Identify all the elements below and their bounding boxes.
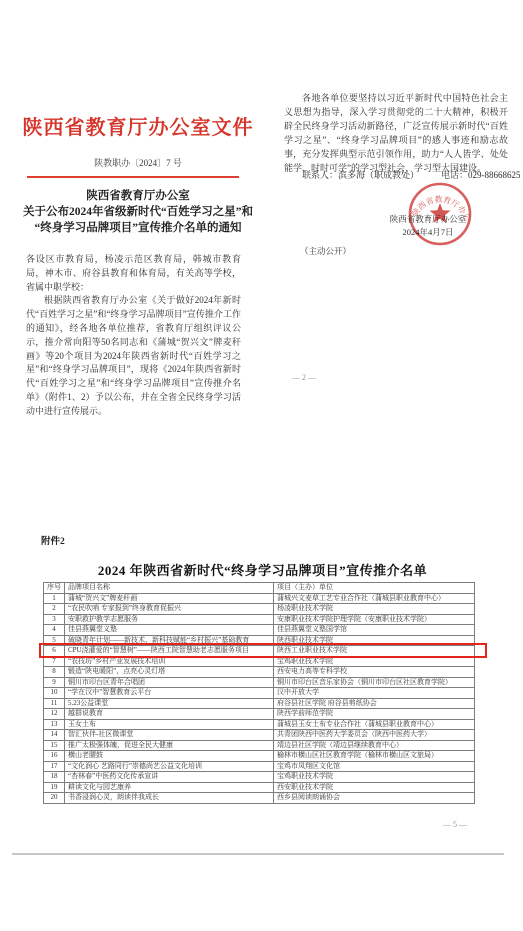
table-row: 115.23公益课堂府谷县社区学院 府谷县剪纸协会 bbox=[44, 698, 475, 709]
row-no: 9 bbox=[44, 677, 65, 688]
header-col-no: 序号 bbox=[44, 583, 65, 594]
row-no: 6 bbox=[44, 646, 65, 657]
organizer-unit: 陕西学前师范学院 bbox=[274, 709, 475, 720]
project-name: 破晓青年计划——新技术、新科技赋能“乡村振兴”基础教育 bbox=[65, 635, 274, 646]
organizer-unit: 共青团陕西中医药大学委员会（陕西中医药大学） bbox=[274, 730, 475, 741]
continuation-paragraph: 各地各单位要坚持以习近平新时代中国特色社会主义思想为指导，深入学习贯彻党的二十大… bbox=[284, 92, 508, 175]
table-row: 6CPU浇灌爱的“智慧树”——陕西工院智慧助老志愿服务项目陕西工业职业技术学院 bbox=[44, 646, 475, 657]
table-row: 19耕读文化与园艺康养西安职业技术学院 bbox=[44, 782, 475, 793]
project-name: 耕读文化与园艺康养 bbox=[65, 782, 274, 793]
organizer-unit: 安康职业技术学院护理学院（安康职业技术学院） bbox=[274, 614, 475, 625]
projects-table-body: 1蒲城“贺兴文”牌麦秆画蒲城兴文麦草工艺专业合作社（蒲城县职业教育中心）2“农民… bbox=[44, 593, 475, 803]
row-no: 15 bbox=[44, 740, 65, 751]
organizer-unit: 蒲城县玉女土布专业合作社（蒲城县职业教育中心） bbox=[274, 719, 475, 730]
project-name: 越群说教育 bbox=[65, 709, 274, 720]
row-no: 1 bbox=[44, 593, 65, 604]
project-name: 推广太极强体魄，促进全民大健康 bbox=[65, 740, 274, 751]
project-name: 书香浸润心灵，朗读伴我成长 bbox=[65, 793, 274, 804]
addressee-paragraph: 各设区市教育局，杨凌示范区教育局，韩城市教育局，神木市、府谷县教育和体育局，有关… bbox=[26, 253, 241, 294]
page-2: 各地各单位要坚持以习近平新时代中国特色社会主义思想为指导，深入学习贯彻党的二十大… bbox=[268, 55, 518, 400]
page-1: 陕西省教育厅办公室文件 陕教职办〔2024〕7 号 陕西省教育厅办公室 关于公布… bbox=[10, 55, 266, 400]
table-row: 5破晓青年计划——新技术、新科技赋能“乡村振兴”基础教育陕西职业技术学院 bbox=[44, 635, 475, 646]
project-name: “学在汉中”智慧教育云平台 bbox=[65, 688, 274, 699]
organizer-unit: 宝鸡职业技术学院 bbox=[274, 656, 475, 667]
table-row: 8锻造“陕电暖阳”，点亮心灵灯塔西安电力高等专科学校 bbox=[44, 667, 475, 678]
red-rule bbox=[27, 176, 239, 178]
table-row: 20书香浸润心灵，朗读伴我成长西乡县阅读朗诵协会 bbox=[44, 793, 475, 804]
project-name: CPU浇灌爱的“智慧树”——陕西工院智慧助老志愿服务项目 bbox=[65, 646, 274, 657]
notice-title-line3: “终身学习品牌项目”宣传推介名单的通知 bbox=[10, 220, 266, 236]
row-no: 14 bbox=[44, 730, 65, 741]
notice-title: 陕西省教育厅办公室 关于公布2024年省级新时代“百姓学习之星”和 “终身学习品… bbox=[10, 188, 266, 236]
table-header: 序号 品牌项目名称 项目（主办）单位 bbox=[44, 583, 475, 594]
row-no: 3 bbox=[44, 614, 65, 625]
row-no: 13 bbox=[44, 719, 65, 730]
seal-star-icon bbox=[430, 203, 451, 223]
row-no: 12 bbox=[44, 709, 65, 720]
table-row: 7“农技坊”乡村产业发展技术培训宝鸡职业技术学院 bbox=[44, 656, 475, 667]
row-no: 16 bbox=[44, 751, 65, 762]
project-name: “文化润心 艺路同行”崇德尚艺公益文化培训 bbox=[65, 761, 274, 772]
contact-phone: 电话：029-88668625 bbox=[441, 168, 521, 181]
table-row: 9铜川市印台区青年合唱团铜川市印台区音乐家协会（铜川市印台区社区教育学院） bbox=[44, 677, 475, 688]
attachment-table-title: 2024 年陕西省新时代“终身学习品牌项目”宣传推介名单 bbox=[10, 560, 515, 579]
organizer-unit: 西安电力高等专科学校 bbox=[274, 667, 475, 678]
table-row: 1蒲城“贺兴文”牌麦秆画蒲城兴文麦草工艺专业合作社（蒲城县职业教育中心） bbox=[44, 593, 475, 604]
project-name: “农民吹哨 专家报到”终身教育促振兴 bbox=[65, 604, 274, 615]
project-name: 蒲城“贺兴文”牌麦秆画 bbox=[65, 593, 274, 604]
table-row: 2“农民吹哨 专家报到”终身教育促振兴杨凌职业技术学院 bbox=[44, 604, 475, 615]
row-no: 4 bbox=[44, 625, 65, 636]
project-name: 5.23公益课堂 bbox=[65, 698, 274, 709]
page-number-2: — 2 — bbox=[292, 373, 316, 382]
attachment-page: 附件2 2024 年陕西省新时代“终身学习品牌项目”宣传推介名单 序号 品牌项目… bbox=[10, 505, 515, 865]
project-name: 玉女土布 bbox=[65, 719, 274, 730]
header-col-organizer: 项目（主办）单位 bbox=[274, 583, 475, 594]
contact-line: 联系人：滨多海（职成教处） 电话：029-88668625 bbox=[284, 168, 508, 181]
document-scan: 陕西省教育厅办公室文件 陕教职办〔2024〕7 号 陕西省教育厅办公室 关于公布… bbox=[0, 0, 523, 931]
organizer-unit: 府谷县社区学院 府谷县剪纸协会 bbox=[274, 698, 475, 709]
table-row: 12越群说教育陕西学前师范学院 bbox=[44, 709, 475, 720]
table-row: 14智汇伙伴-社区微课堂共青团陕西中医药大学委员会（陕西中医药大学） bbox=[44, 730, 475, 741]
row-no: 18 bbox=[44, 772, 65, 783]
project-name: “农技坊”乡村产业发展技术培训 bbox=[65, 656, 274, 667]
organizer-unit: 西安职业技术学院 bbox=[274, 782, 475, 793]
page-number-5: — 5 — bbox=[443, 820, 467, 829]
organizer-unit: 宝鸡市凤翔区文化馆 bbox=[274, 761, 475, 772]
brand-projects-table: 序号 品牌项目名称 项目（主办）单位 1蒲城“贺兴文”牌麦秆画蒲城兴文麦草工艺专… bbox=[43, 582, 475, 804]
header-col-project: 品牌项目名称 bbox=[65, 583, 274, 594]
table-row: 18“杏林春”中医药文化传承宣讲宝鸡职业技术学院 bbox=[44, 772, 475, 783]
project-name: 佳县燕翼堂义塾 bbox=[65, 625, 274, 636]
official-seal-icon: 陕西省教育厅办公室 bbox=[407, 181, 473, 247]
red-letterhead-title: 陕西省教育厅办公室文件 bbox=[10, 111, 266, 140]
organizer-unit: 靖边县社区学院（靖边县继续教育中心） bbox=[274, 740, 475, 751]
row-no: 8 bbox=[44, 667, 65, 678]
notice-title-line1: 陕西省教育厅办公室 bbox=[10, 188, 266, 204]
page-bottom-edge bbox=[12, 853, 504, 855]
organizer-unit: 榆林市横山区社区教育学院（榆林市横山区文旅局） bbox=[274, 751, 475, 762]
organizer-unit: 西乡县阅读朗诵协会 bbox=[274, 793, 475, 804]
project-name: 横山老腰鼓 bbox=[65, 751, 274, 762]
row-no: 7 bbox=[44, 656, 65, 667]
organizer-unit: 铜川市印台区音乐家协会（铜川市印台区社区教育学院） bbox=[274, 677, 475, 688]
table-row: 15推广太极强体魄，促进全民大健康靖边县社区学院（靖边县继续教育中心） bbox=[44, 740, 475, 751]
row-no: 19 bbox=[44, 782, 65, 793]
organizer-unit: 宝鸡职业技术学院 bbox=[274, 772, 475, 783]
project-name: 安职救护教学志愿服务 bbox=[65, 614, 274, 625]
organizer-unit: 蒲城兴文麦草工艺专业合作社（蒲城县职业教育中心） bbox=[274, 593, 475, 604]
organizer-unit: 汉中开放大学 bbox=[274, 688, 475, 699]
project-name: 锻造“陕电暖阳”，点亮心灵灯塔 bbox=[65, 667, 274, 678]
organizer-unit: 杨凌职业技术学院 bbox=[274, 604, 475, 615]
project-name: 铜川市印台区青年合唱团 bbox=[65, 677, 274, 688]
table-row: 16横山老腰鼓榆林市横山区社区教育学院（榆林市横山区文旅局） bbox=[44, 751, 475, 762]
organizer-unit: 佳县燕翼堂义塾国学馆 bbox=[274, 625, 475, 636]
table-row: 4佳县燕翼堂义塾佳县燕翼堂义塾国学馆 bbox=[44, 625, 475, 636]
organizer-unit: 陕西工业职业技术学院 bbox=[274, 646, 475, 657]
notice-title-line2: 关于公布2024年省级新时代“百姓学习之星”和 bbox=[10, 204, 266, 220]
contact-person: 联系人：滨多海（职成教处） bbox=[302, 168, 419, 181]
header-row: 序号 品牌项目名称 项目（主办）单位 bbox=[44, 583, 475, 594]
project-name: “杏林春”中医药文化传承宣讲 bbox=[65, 772, 274, 783]
body-paragraph: 根据陕西省教育厅办公室《关于做好2024年新时代“百姓学习之星”和“终身学习品牌… bbox=[26, 294, 241, 418]
row-no: 2 bbox=[44, 604, 65, 615]
disclosure-note: （主动公开） bbox=[300, 245, 351, 257]
table-row: 13玉女土布蒲城县玉女土布专业合作社（蒲城县职业教育中心） bbox=[44, 719, 475, 730]
row-no: 17 bbox=[44, 761, 65, 772]
project-name: 智汇伙伴-社区微课堂 bbox=[65, 730, 274, 741]
table-row: 10“学在汉中”智慧教育云平台汉中开放大学 bbox=[44, 688, 475, 699]
notice-body: 各设区市教育局，杨凌示范区教育局，韩城市教育局，神木市、府谷县教育和体育局，有关… bbox=[26, 253, 241, 419]
row-no: 10 bbox=[44, 688, 65, 699]
attachment-label: 附件2 bbox=[41, 533, 65, 547]
table-row: 3安职救护教学志愿服务安康职业技术学院护理学院（安康职业技术学院） bbox=[44, 614, 475, 625]
organizer-unit: 陕西职业技术学院 bbox=[274, 635, 475, 646]
document-number: 陕教职办〔2024〕7 号 bbox=[10, 156, 266, 169]
table-row: 17“文化润心 艺路同行”崇德尚艺公益文化培训宝鸡市凤翔区文化馆 bbox=[44, 761, 475, 772]
row-no: 11 bbox=[44, 698, 65, 709]
row-no: 5 bbox=[44, 635, 65, 646]
row-no: 20 bbox=[44, 793, 65, 804]
page-number-1: — 1 — bbox=[208, 377, 232, 386]
